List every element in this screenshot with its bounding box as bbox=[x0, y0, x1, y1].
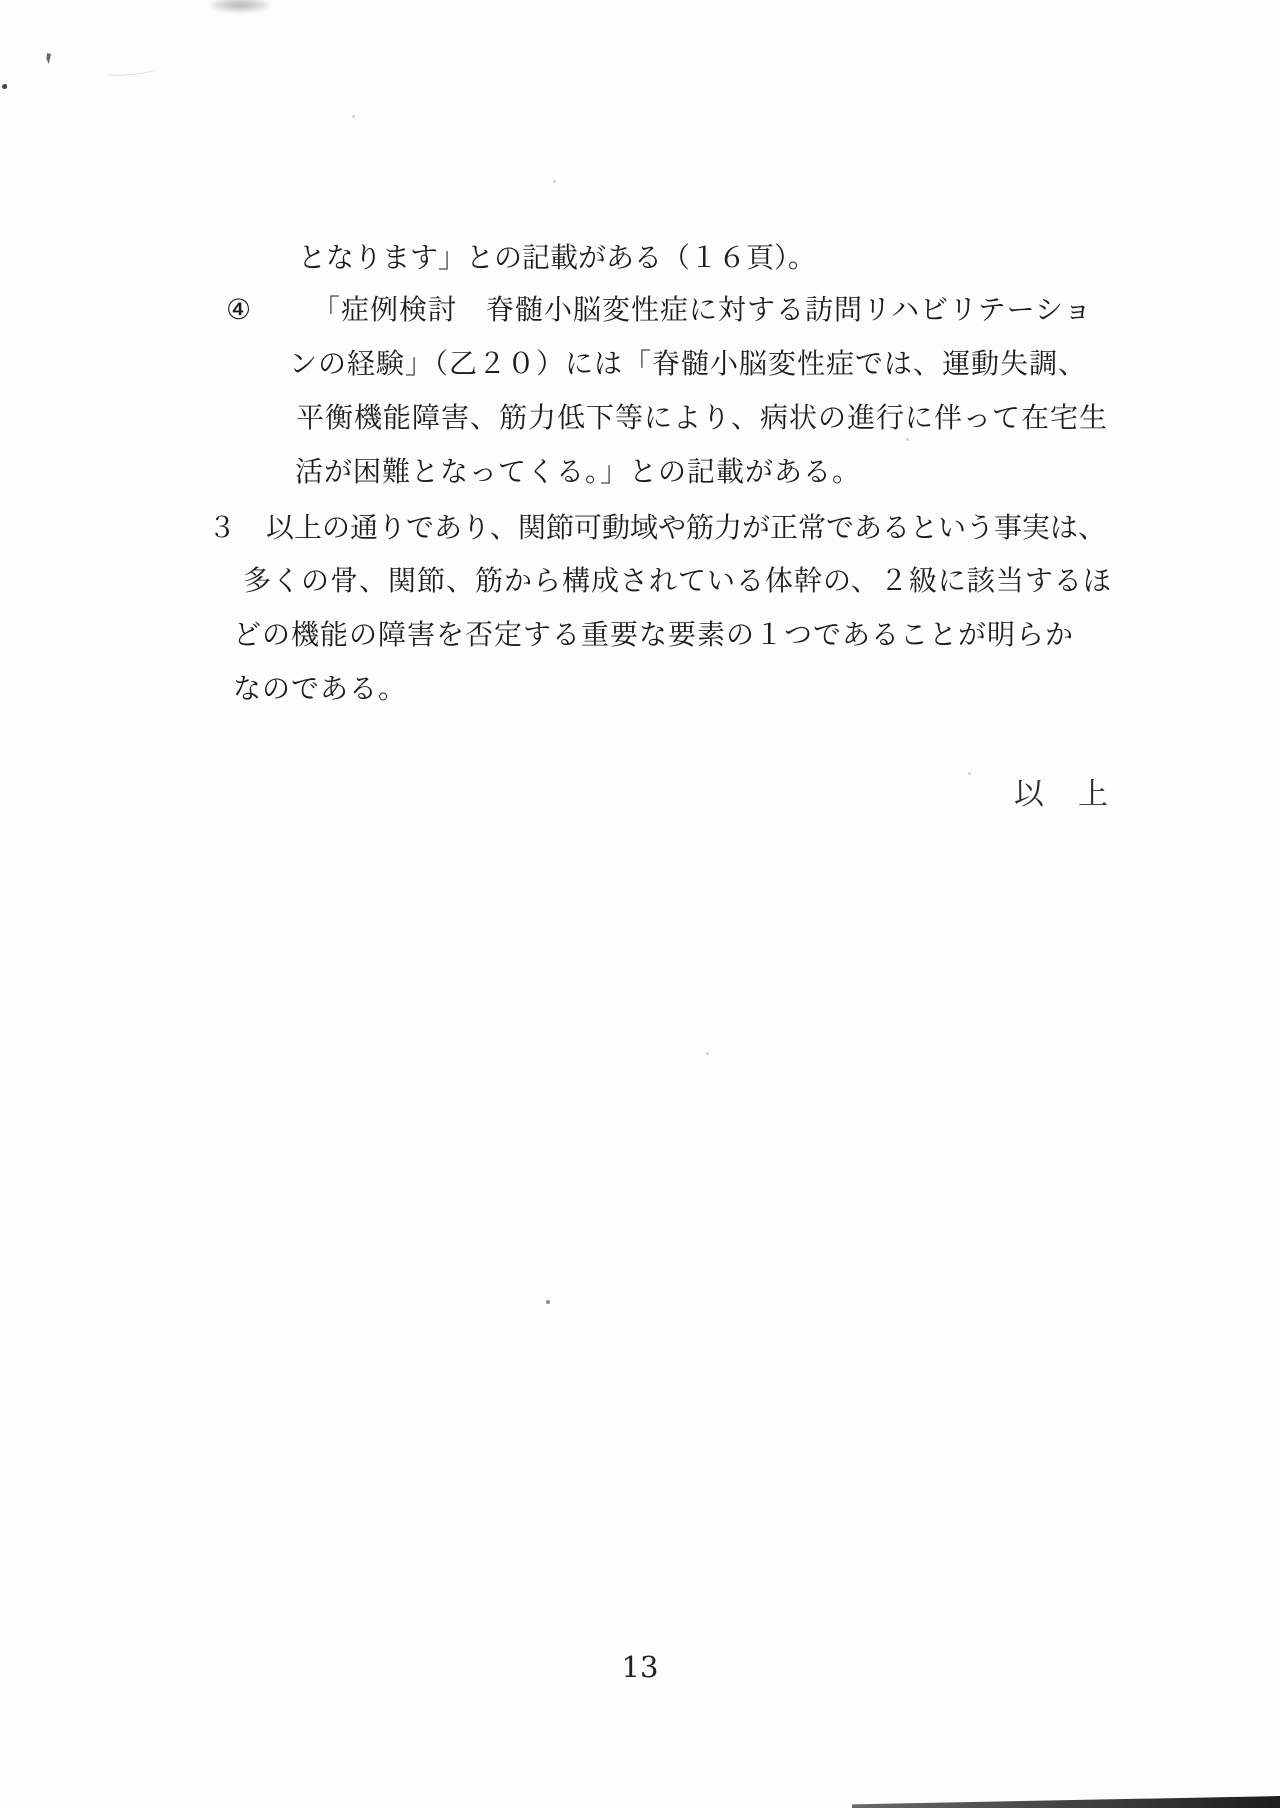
body-line: 多くの骨、関節、筋から構成されている体幹の、２級に該当するほ bbox=[243, 564, 1112, 598]
body-line: となります」との記載がある（１６頁）。 bbox=[298, 241, 816, 275]
body-line: 活が困難となってくる。」との記載がある。 bbox=[295, 455, 861, 489]
paragraph-number-3: ３ bbox=[208, 511, 236, 545]
scan-speck bbox=[352, 115, 355, 118]
closing-statement: 以 上 bbox=[1014, 778, 1110, 812]
scan-speck bbox=[968, 772, 971, 775]
scanned-document-page: となります」との記載がある（１６頁）。 ④ 「症例検討 脊髄小脳変性症に対する訪… bbox=[0, 0, 1280, 1808]
body-line: 平衡機能障害、筋力低下等により、病状の進行に伴って在宅生 bbox=[296, 401, 1108, 435]
body-line: 以上の通りであり、関節可動域や筋力が正常であるという事実は、 bbox=[266, 511, 1106, 545]
scan-speck bbox=[2, 84, 7, 89]
scan-speck bbox=[553, 180, 556, 183]
scan-speck bbox=[906, 438, 909, 441]
item-marker-circled-4: ④ bbox=[226, 293, 251, 327]
body-line: 「症例検討 脊髄小脳変性症に対する訪問リハビリテーショ bbox=[312, 293, 1092, 327]
scan-speck bbox=[546, 1300, 550, 1304]
page-number: 13 bbox=[560, 1650, 720, 1684]
body-line: なのである。 bbox=[233, 672, 407, 706]
body-line: どの機能の障害を否定する重要な要素の１つであることが明らか bbox=[233, 618, 1074, 652]
scan-smudge bbox=[208, 0, 272, 13]
scan-speck bbox=[46, 53, 51, 64]
body-line: ンの経験」（乙２０）には「脊髄小脳変性症では、運動失調、 bbox=[289, 347, 1087, 381]
scan-speck bbox=[706, 1052, 709, 1055]
scan-speck bbox=[108, 66, 156, 76]
page-edge-shadow bbox=[852, 1795, 1280, 1808]
